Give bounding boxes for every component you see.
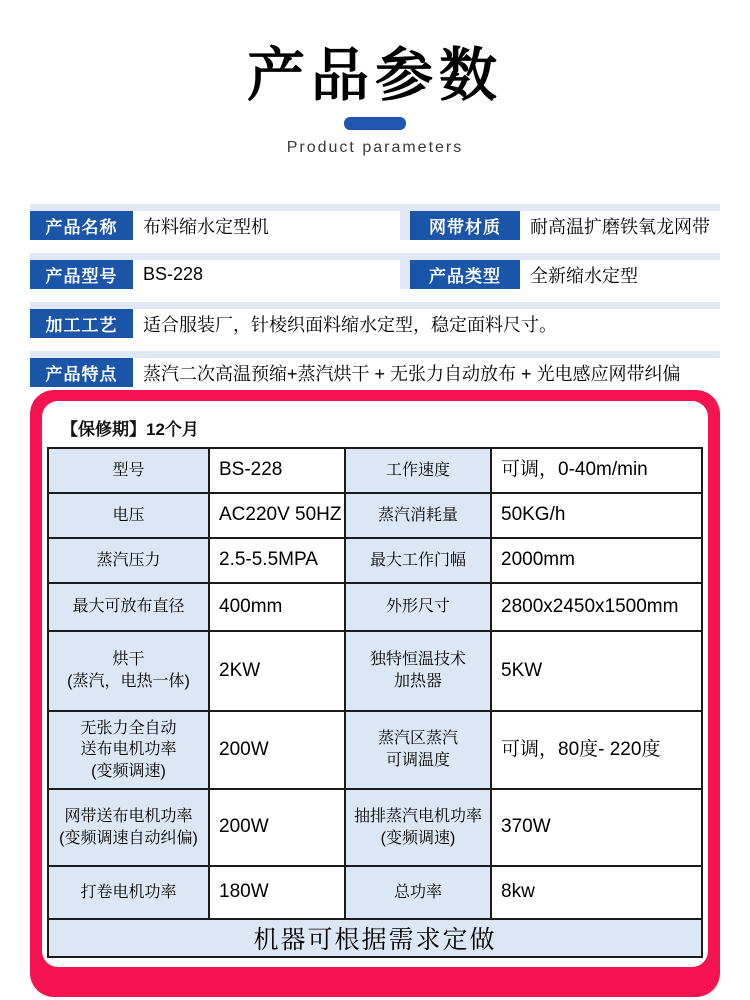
info-pair-features: 产品特点 蒸汽二次高温预缩+蒸汽烘干 + 无张力自动放布 + 光电感应网带纠偏 <box>30 358 720 387</box>
product-parameters-page: 产品参数 Product parameters 产品名称 布料缩水定型机 网带材… <box>0 0 750 1000</box>
table-row: 网带送布电机功率 (变频调速自动纠偏) 200W 抽排蒸汽电机功率 (变频调速)… <box>48 789 702 866</box>
page-subtitle: Product parameters <box>0 139 750 157</box>
title-block: 产品参数 Product parameters <box>0 44 750 157</box>
product-model-label: 产品型号 <box>30 260 133 289</box>
process-value: 适合服装厂，针棱织面料缩水定型，稳定面料尺寸。 <box>133 309 720 338</box>
info-pair-product-model: 产品型号 BS-228 <box>30 260 400 289</box>
spec-value-work-speed: 可调，0-40m/min <box>491 448 702 493</box>
spec-header-voltage: 电压 <box>48 493 209 538</box>
product-type-value: 全新缩水定型 <box>520 260 720 289</box>
spec-value-model: BS-228 <box>209 448 345 493</box>
features-value: 蒸汽二次高温预缩+蒸汽烘干 + 无张力自动放布 + 光电感应网带纠偏 <box>133 358 720 387</box>
info-row-1: 产品名称 布料缩水定型机 网带材质 耐高温扩磨铁氧龙网带 <box>30 204 720 240</box>
spec-value-steam-consumption: 50KG/h <box>491 493 702 538</box>
spec-header-max-roll-diameter: 最大可放布直径 <box>48 583 209 631</box>
info-pair-belt-material: 网带材质 耐高温扩磨铁氧龙网带 <box>410 211 720 240</box>
table-row: 无张力全自动 送布电机功率 (变频调速) 200W 蒸汽区蒸汽 可调温度 可调，… <box>48 711 702 789</box>
spec-value-winding-motor: 180W <box>209 866 345 919</box>
title-underline-bar <box>344 117 406 130</box>
product-name-value: 布料缩水定型机 <box>133 211 400 240</box>
spec-value-steam-temp: 可调，80度- 220度 <box>491 711 702 789</box>
table-row: 烘干 (蒸汽，电热一体) 2KW 独特恒温技术 加热器 5KW <box>48 631 702 711</box>
belt-material-value: 耐高温扩磨铁氧龙网带 <box>520 211 720 240</box>
table-row: 型号 BS-228 工作速度 可调，0-40m/min <box>48 448 702 493</box>
spec-header-heater: 独特恒温技术 加热器 <box>345 631 491 711</box>
spec-value-max-width: 2000mm <box>491 538 702 583</box>
product-name-label: 产品名称 <box>30 211 133 240</box>
warranty-text: 【保修期】12个月 <box>61 415 703 440</box>
table-row: 电压 AC220V 50HZ 蒸汽消耗量 50KG/h <box>48 493 702 538</box>
belt-material-label: 网带材质 <box>410 211 520 240</box>
spec-panel: 【保修期】12个月 型号 BS-228 工作速度 可调，0-40m/min 电压… <box>42 401 708 967</box>
spec-header-max-width: 最大工作门幅 <box>345 538 491 583</box>
spec-header-exhaust-motor: 抽排蒸汽电机功率 (变频调速) <box>345 789 491 866</box>
spec-header-total-power: 总功率 <box>345 866 491 919</box>
customization-note: 机器可根据需求定做 <box>48 919 702 957</box>
spec-value-voltage: AC220V 50HZ <box>209 493 345 538</box>
spec-header-feed-motor: 无张力全自动 送布电机功率 (变频调速) <box>48 711 209 789</box>
spec-header-steam-temp: 蒸汽区蒸汽 可调温度 <box>345 711 491 789</box>
spec-header-work-speed: 工作速度 <box>345 448 491 493</box>
spec-header-drying: 烘干 (蒸汽，电热一体) <box>48 631 209 711</box>
spec-value-dimensions: 2800x2450x1500mm <box>491 583 702 631</box>
product-info-section: 产品名称 布料缩水定型机 网带材质 耐高温扩磨铁氧龙网带 产品型号 BS-228… <box>30 204 720 400</box>
spec-value-heater: 5KW <box>491 631 702 711</box>
table-row: 蒸汽压力 2.5-5.5MPA 最大工作门幅 2000mm <box>48 538 702 583</box>
table-row: 最大可放布直径 400mm 外形尺寸 2800x2450x1500mm <box>48 583 702 631</box>
spec-value-max-roll-diameter: 400mm <box>209 583 345 631</box>
page-title: 产品参数 <box>0 44 750 108</box>
table-footer-row: 机器可根据需求定做 <box>48 919 702 957</box>
info-pair-product-type: 产品类型 全新缩水定型 <box>410 260 720 289</box>
spec-value-belt-motor: 200W <box>209 789 345 866</box>
spec-header-steam-pressure: 蒸汽压力 <box>48 538 209 583</box>
info-row-4: 产品特点 蒸汽二次高温预缩+蒸汽烘干 + 无张力自动放布 + 光电感应网带纠偏 <box>30 351 720 387</box>
spec-value-exhaust-motor: 370W <box>491 789 702 866</box>
info-pair-product-name: 产品名称 布料缩水定型机 <box>30 211 400 240</box>
spec-value-feed-motor: 200W <box>209 711 345 789</box>
spec-table: 型号 BS-228 工作速度 可调，0-40m/min 电压 AC220V 50… <box>47 447 703 958</box>
table-row: 打卷电机功率 180W 总功率 8kw <box>48 866 702 919</box>
product-type-label: 产品类型 <box>410 260 520 289</box>
spec-value-total-power: 8kw <box>491 866 702 919</box>
info-pair-process: 加工工艺 适合服装厂，针棱织面料缩水定型，稳定面料尺寸。 <box>30 309 720 338</box>
spec-header-belt-motor: 网带送布电机功率 (变频调速自动纠偏) <box>48 789 209 866</box>
process-label: 加工工艺 <box>30 309 133 338</box>
spec-value-drying: 2KW <box>209 631 345 711</box>
spec-value-steam-pressure: 2.5-5.5MPA <box>209 538 345 583</box>
spec-header-model: 型号 <box>48 448 209 493</box>
product-model-value: BS-228 <box>133 260 400 289</box>
spec-header-winding-motor: 打卷电机功率 <box>48 866 209 919</box>
spec-header-dimensions: 外形尺寸 <box>345 583 491 631</box>
info-row-2: 产品型号 BS-228 产品类型 全新缩水定型 <box>30 253 720 289</box>
spec-header-steam-consumption: 蒸汽消耗量 <box>345 493 491 538</box>
spec-panel-frame: 【保修期】12个月 型号 BS-228 工作速度 可调，0-40m/min 电压… <box>30 390 720 997</box>
features-label: 产品特点 <box>30 358 133 387</box>
info-row-3: 加工工艺 适合服装厂，针棱织面料缩水定型，稳定面料尺寸。 <box>30 302 720 338</box>
